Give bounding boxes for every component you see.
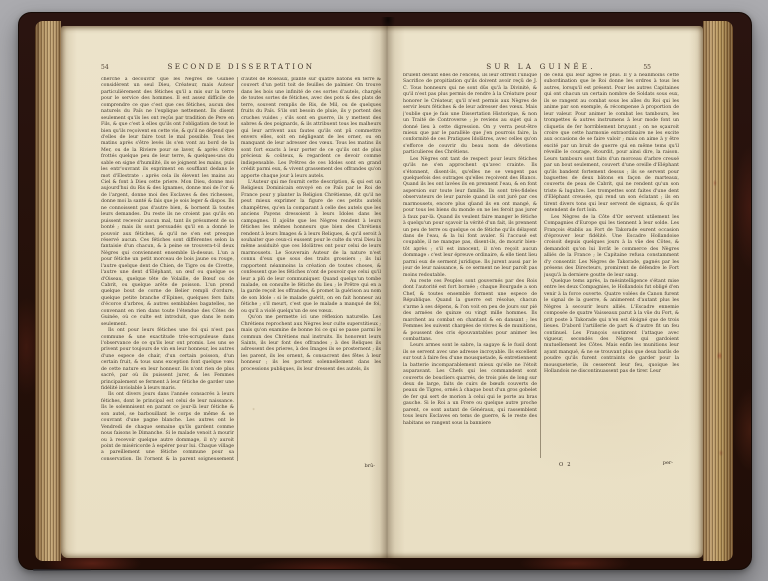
caption-smudge [33, 569, 91, 571]
right-page-column-2: de celui qui leur agrée le plus. Il y a … [544, 73, 679, 458]
left-running-title: SECONDE DISSERTATION [101, 62, 381, 71]
right-page-catchword: per- [663, 460, 673, 466]
left-page-column-2: d'autel de Roseaux, planté sur quatre bâ… [241, 77, 381, 461]
left-fore-edge [35, 21, 61, 561]
column-divider-rule [540, 73, 541, 458]
signature-mark: O 2 [559, 462, 572, 468]
left-page: 54 SECONDE DISSERTATION cherche à découv… [61, 26, 387, 558]
right-page-header: SUR LA GUINÉE. 55 [403, 62, 679, 73]
right-page-column-1: brûlent devant elles de l'encens, ils le… [403, 73, 537, 458]
book: 54 SECONDE DISSERTATION cherche à découv… [18, 12, 752, 570]
photograph-background: 54 SECONDE DISSERTATION cherche à découv… [0, 0, 768, 581]
right-page-text-block: brûlent devant elles de l'encens, ils le… [403, 73, 679, 458]
open-pages: 54 SECONDE DISSERTATION cherche à découv… [61, 26, 703, 558]
right-page: SUR LA GUINÉE. 55 brûlent devant elles d… [387, 26, 703, 558]
left-page-column-1: cherche à découvrir que les Nègres de Gu… [101, 77, 234, 461]
left-page-header: 54 SECONDE DISSERTATION [101, 62, 381, 73]
right-fore-edge [703, 21, 733, 561]
page-gutter-shadow [369, 26, 405, 558]
column-divider-rule [237, 77, 238, 461]
right-page-number: 55 [643, 64, 651, 71]
right-running-title: SUR LA GUINÉE. [403, 62, 679, 71]
left-page-text-block: cherche à découvrir que les Nègres de Gu… [101, 77, 381, 461]
left-page-number: 54 [101, 64, 109, 71]
